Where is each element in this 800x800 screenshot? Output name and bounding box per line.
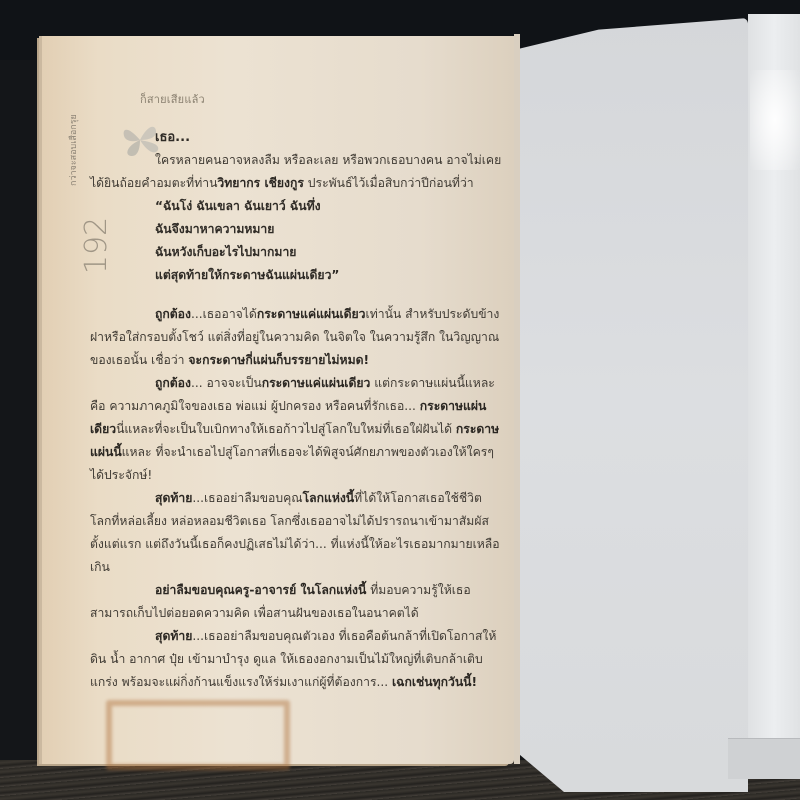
body-text: ...เธออย่าลืมขอบคุณ: [192, 491, 302, 505]
rust-stain-mark: [106, 700, 290, 770]
spacer: [90, 287, 506, 303]
bold-text: โลกแห่งนี้: [303, 491, 355, 505]
poem-line-1: “ฉันโง่ ฉันเขลา ฉันเยาว์ ฉันทึ่ง: [90, 195, 506, 218]
bold-text: เฉกเช่นทุกวันนี้!: [392, 675, 477, 689]
page-body-text: เธอ... ใครหลายคนอาจหลงลืม หรือละเลย หรือ…: [90, 126, 506, 694]
body-text: นี่แหละที่จะเป็นใบเบิกทางให้เธอก้าวไปสู่…: [116, 422, 456, 436]
bold-text: ถูกต้อง: [155, 376, 191, 390]
running-head: ก็สายเสียแล้ว: [140, 90, 205, 108]
poem-line-2: ฉันจึงมาหาความหมาย: [90, 218, 506, 241]
intro-text: ได้ยินถ้อยคำอมตะที่ท่าน: [90, 176, 217, 190]
paragraph-1: ถูกต้อง...เธออาจได้กระดาษแค่แผ่นเดียวเท่…: [90, 303, 506, 372]
author-name: วิทยากร เชียงกูร: [217, 176, 304, 190]
cover-glare: [750, 70, 800, 170]
bold-text: สุดท้าย: [155, 491, 192, 505]
side-book-title: กว่าจะสอบเสือกรุย: [66, 96, 80, 186]
bold-text: จะกระดาษกี่แผ่นก็บรรยายไม่หมด!: [188, 353, 369, 367]
section-heading: เธอ...: [90, 126, 506, 149]
bold-text: อย่าลืมขอบคุณครู-อาจารย์ ในโลกแห่งนี้: [155, 583, 366, 597]
poem-line-3: ฉันหวังเก็บอะไรไปมากมาย: [90, 241, 506, 264]
paragraph-2: ถูกต้อง... อาจจะเป็นกระดาษแค่แผ่นเดียว แ…: [90, 372, 506, 487]
cover-sticker: [728, 738, 800, 779]
body-text: แหละ ที่จะนำเธอไปสู่โอกาสที่เธอจะได้พิสู…: [90, 445, 494, 482]
poem-line-4: แต่สุดท้ายให้กระดาษฉันแผ่นเดียว”: [90, 264, 506, 287]
bold-text: สุดท้าย: [155, 629, 192, 643]
intro-text-end: ประพันธ์ไว้เมื่อสิบกว่าปีก่อนที่ว่า: [304, 176, 474, 190]
intro-line-1: ใครหลายคนอาจหลงลืม หรือละเลย หรือพวกเธอบ…: [90, 149, 506, 172]
body-text: ...เธออาจได้: [191, 307, 257, 321]
paragraph-3: สุดท้าย...เธออย่าลืมขอบคุณโลกแห่งนี้ที่ไ…: [90, 487, 506, 579]
blank-right-page: [518, 18, 748, 792]
paragraph-5: สุดท้าย...เธออย่าลืมขอบคุณตัวเอง ที่เธอค…: [90, 625, 506, 694]
paragraph-4: อย่าลืมขอบคุณครู-อาจารย์ ในโลกแห่งนี้ ที…: [90, 579, 506, 625]
bold-text: กระดาษแค่แผ่นเดียว: [257, 307, 366, 321]
body-text: ... อาจจะเป็น: [191, 376, 262, 390]
bold-text: กระดาษแค่แผ่นเดียว: [262, 376, 371, 390]
bold-text: ถูกต้อง: [155, 307, 191, 321]
intro-line-2: ได้ยินถ้อยคำอมตะที่ท่านวิทยากร เชียงกูร …: [90, 172, 506, 195]
page-gutter: [514, 34, 520, 764]
